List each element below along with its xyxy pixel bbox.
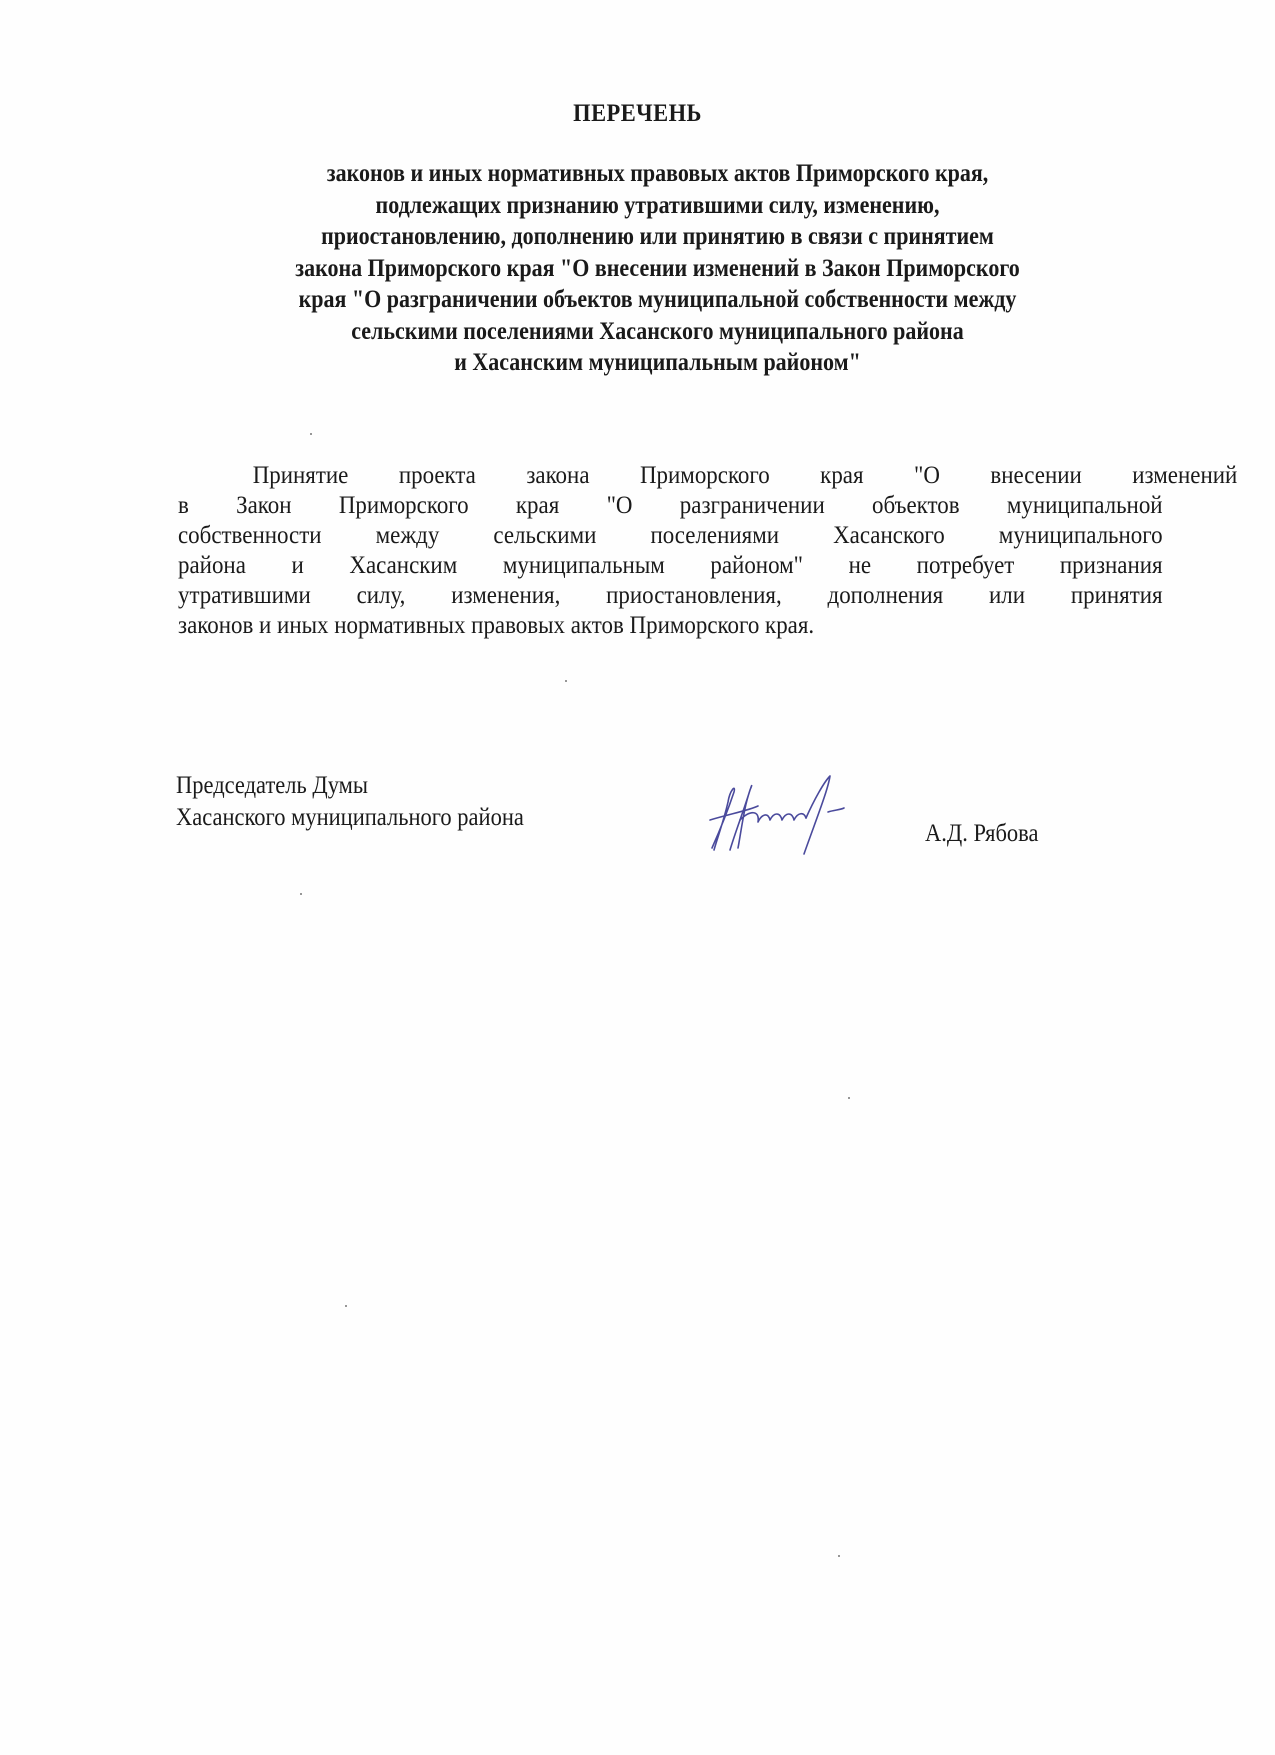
subtitle-line: приостановлению, дополнению или принятию…	[211, 221, 1104, 253]
scan-speck	[345, 1305, 347, 1307]
body-line: законов и иных нормативных правовых акто…	[178, 610, 1065, 640]
subtitle-line: сельскими поселениями Хасанского муницип…	[211, 316, 1104, 348]
body-line: Принятие проекта закона Приморского края…	[178, 460, 1237, 490]
document-page: ПЕРЕЧЕНЬ законов и иных нормативных прав…	[0, 0, 1275, 1755]
body-line: собственности между сельскими поселениям…	[178, 520, 1163, 550]
subtitle-line: края "О разграничении объектов муниципал…	[211, 284, 1104, 316]
document-subtitle: законов и иных нормативных правовых акто…	[150, 158, 1165, 379]
scan-speck	[565, 680, 567, 682]
signatory-name: А.Д. Рябова	[925, 820, 1038, 848]
subtitle-line: и Хасанским муниципальным районом"	[211, 347, 1104, 379]
position-line: Председатель Думы	[176, 770, 524, 802]
scan-speck	[838, 1555, 840, 1557]
body-line: в Закон Приморского края "О разграничени…	[178, 490, 1163, 520]
document-title: ПЕРЕЧЕНЬ	[64, 100, 1212, 128]
body-paragraph: Принятие проекта закона Приморского края…	[178, 460, 1163, 640]
subtitle-line: законов и иных нормативных правовых акто…	[211, 158, 1104, 190]
scan-speck	[310, 433, 312, 435]
position-line: Хасанского муниципального района	[176, 802, 524, 834]
signatory-position: Председатель Думы Хасанского муниципальн…	[176, 770, 563, 834]
body-line: утратившими силу, изменения, приостановл…	[178, 580, 1163, 610]
scan-speck	[848, 1097, 850, 1099]
body-line: района и Хасанским муниципальным районом…	[178, 550, 1163, 580]
scan-speck	[300, 893, 302, 895]
subtitle-line: закона Приморского края "О внесении изме…	[211, 253, 1104, 285]
subtitle-line: подлежащих признанию утратившими силу, и…	[211, 190, 1104, 222]
handwritten-signature-icon	[700, 770, 920, 860]
